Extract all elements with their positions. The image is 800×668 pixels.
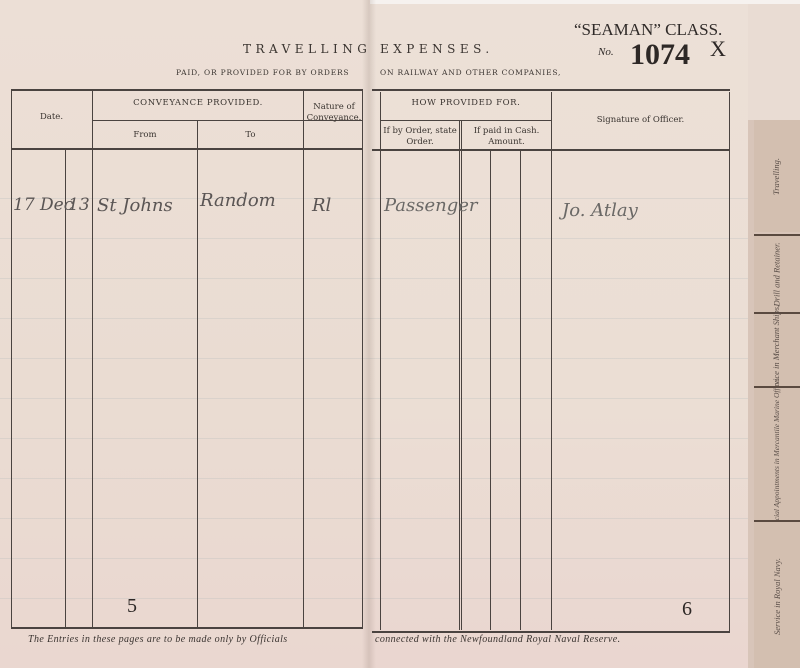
col-header-conveyance: CONVEYANCE PROVIDED. bbox=[93, 98, 303, 109]
header-bottom-border-left bbox=[11, 148, 363, 150]
book-number-suffix: X bbox=[710, 36, 726, 62]
entry-nature: Rl bbox=[312, 195, 331, 216]
col-border bbox=[65, 148, 66, 627]
col-border bbox=[303, 89, 304, 627]
col-header-from: From bbox=[93, 130, 197, 141]
col-border bbox=[729, 92, 730, 631]
entry-date: 17 Dec bbox=[13, 195, 73, 215]
subtitle-left: PAID, OR PROVIDED FOR BY ORDERS bbox=[176, 68, 349, 77]
entry-by-order: Passenger bbox=[384, 195, 478, 216]
tab-drill-retainer[interactable]: Drill and Retainer. bbox=[754, 234, 800, 312]
col-header-how-provided: HOW PROVIDED FOR. bbox=[381, 98, 551, 109]
col-header-nature: Nature of Conveyance. bbox=[306, 102, 362, 124]
col-header-signature: Signature of Officer. bbox=[552, 115, 729, 126]
table-bottom-border-right bbox=[372, 631, 730, 633]
col-header-in-cash: If paid in Cash. Amount. bbox=[462, 126, 551, 148]
subtitle-right: ON RAILWAY AND OTHER COMPANIES, bbox=[380, 68, 561, 77]
book-number: 1074 bbox=[630, 38, 690, 72]
entry-to: Random bbox=[200, 190, 276, 211]
tab-travelling[interactable]: Travelling. bbox=[754, 120, 800, 232]
col-border bbox=[551, 92, 552, 630]
tab-label: Travelling. bbox=[772, 157, 781, 194]
entry-from: St Johns bbox=[97, 195, 173, 216]
tab-label: Special Appointments in Mercantile Marin… bbox=[773, 377, 782, 530]
col-header-by-order: If by Order, state Order. bbox=[381, 126, 459, 148]
page-number-left: 5 bbox=[127, 595, 137, 618]
class-label: “SEAMAN” CLASS. bbox=[574, 20, 722, 40]
table-top-border-left bbox=[11, 89, 363, 91]
table-bottom-border-left bbox=[11, 627, 363, 629]
col-header-date: Date. bbox=[11, 112, 92, 123]
tab-royal-navy[interactable]: Service in Royal Navy. bbox=[754, 520, 800, 668]
entry-year: 13 bbox=[68, 195, 90, 215]
footer-note-right: connected with the Newfoundland Royal Na… bbox=[375, 634, 620, 645]
tab-mercantile-marine[interactable]: Special Appointments in Mercantile Marin… bbox=[754, 386, 800, 520]
tab-label: Drill and Retainer. bbox=[773, 242, 782, 306]
entry-signature: Jo. Atlay bbox=[562, 200, 638, 221]
footer-note-left: The Entries in these pages are to be mad… bbox=[28, 634, 288, 645]
col-border bbox=[362, 89, 363, 627]
col-border bbox=[380, 92, 381, 630]
index-tabs: Travelling. Drill and Retainer. Service … bbox=[748, 120, 800, 668]
col-border bbox=[92, 89, 93, 627]
page-edge bbox=[370, 0, 800, 4]
page-number-right: 6 bbox=[682, 598, 692, 621]
col-border bbox=[197, 120, 198, 627]
col-border bbox=[11, 89, 12, 627]
table-top-border-right bbox=[372, 89, 730, 91]
book-spine bbox=[362, 0, 376, 668]
tab-merchant-ships[interactable]: Service in Merchant Ships. bbox=[754, 312, 800, 386]
tab-label: Service in Royal Navy. bbox=[773, 558, 782, 635]
page-title-left: TRAVELLING bbox=[243, 42, 371, 56]
col-border bbox=[490, 150, 491, 630]
number-label: No. bbox=[598, 46, 614, 58]
col-header-to: To bbox=[198, 130, 303, 141]
page-title-right: EXPENSES. bbox=[380, 42, 494, 56]
col-border bbox=[520, 150, 521, 630]
how-provided-divider bbox=[381, 120, 551, 121]
